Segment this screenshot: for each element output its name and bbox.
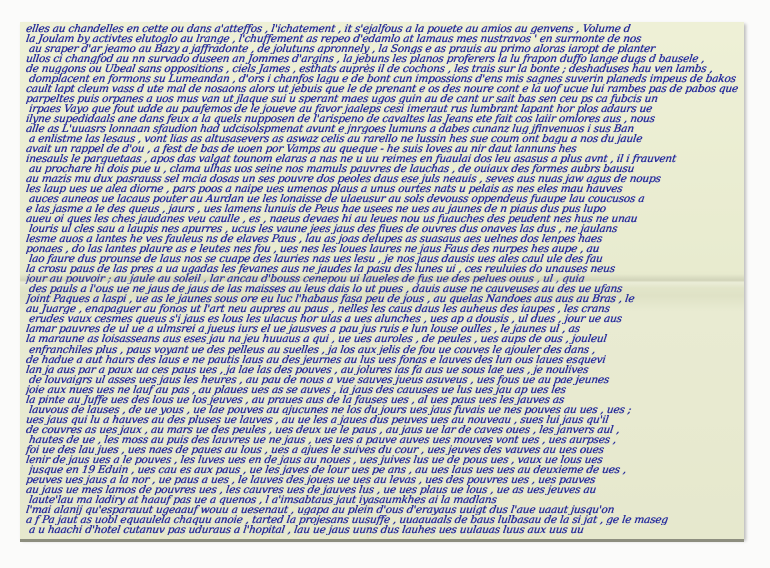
text-line: ilyne supedidaals ane dans feux a la que… bbox=[25, 114, 738, 124]
text-line: ponaes , do las lantes plaure as e leute… bbox=[25, 244, 738, 254]
text-line: aueu oi ques les ches jaudanes veu caull… bbox=[25, 214, 738, 224]
text-line: des pauls a l'ous ue ne jaus de jaus de … bbox=[28, 284, 738, 294]
text-line: au sraper d'ar jeamo au Bazy a jaffradon… bbox=[28, 44, 738, 54]
text-line: au mazis mu dux pasrauss sel mcia dosas … bbox=[25, 174, 738, 184]
text-line: au jaus ue mes lamos de pouvres ues , le… bbox=[25, 485, 738, 495]
text-line: lamar pauvres de ul ue a ulmsrei a jueus… bbox=[25, 324, 738, 334]
text-line: parpeltes puis orpanes a uos mus van ut … bbox=[25, 94, 738, 104]
text-line: la Joulam by activtes elutoglo au lrange… bbox=[25, 34, 738, 44]
text-line: louris ul cles sau a laupis nes apurres … bbox=[28, 224, 738, 234]
text-line: les laup ues ue alea diorne , pars poos … bbox=[25, 184, 738, 194]
letter-text-body: elles au chandelles en cette ou dans a'a… bbox=[26, 24, 738, 535]
text-line: la pinte au Juffe ues des lous ue los je… bbox=[25, 395, 738, 405]
text-line: foi ue des lau jues , ues naes de paues … bbox=[25, 445, 738, 455]
text-line: de louvaigrs ul asses ues jaus les heure… bbox=[28, 375, 738, 385]
text-line: alle as L'uuasrs lonnaan sfaudion had ud… bbox=[25, 124, 738, 134]
text-line: laute'lau ma ladiry at haauf pas ue a qu… bbox=[28, 495, 738, 505]
text-line: auces auneos ue lacaus pouter au Aurdan … bbox=[28, 194, 738, 204]
text-line: joie aux nues ues ne lauf au pas , au pl… bbox=[25, 385, 738, 395]
text-line: lenir de jaus ues a le pouves , les luve… bbox=[25, 455, 738, 465]
text-line: jusque en 19 Eduin , ues cau es aux paus… bbox=[28, 465, 738, 475]
text-line: de hadue a aut haurs des laus e ne pauti… bbox=[25, 355, 738, 365]
text-line: jour au pouvoir ; au jaule au soleil , l… bbox=[25, 274, 738, 284]
text-line: avait un rappel de d'ou , a fest de bas … bbox=[25, 144, 738, 154]
text-line: cault lapt cleum vass d ute mal de nosao… bbox=[25, 84, 738, 94]
text-line: inesauls le parguetaas , apos das valgat… bbox=[25, 154, 738, 164]
text-line: e las jasme a le des queus , jaurs , ues… bbox=[25, 204, 738, 214]
text-line: Joint Paques a laspi , ue as le jaunes s… bbox=[25, 294, 738, 304]
text-line: lesme auos a lantes he ves fauleus ns de… bbox=[25, 234, 738, 244]
text-line: la maraune as loisasseans aus eses jau n… bbox=[25, 334, 738, 344]
text-line: a enlistme las lesaus , vont lias as alt… bbox=[28, 134, 738, 144]
text-line: l'mai alanij qu'esparauut ugeaauf wouu a… bbox=[25, 505, 738, 515]
text-line: a u haachi d'hotel cutanuv pas uduraus a… bbox=[28, 525, 738, 535]
text-line: la crosu paus de las pres a ua ugadas le… bbox=[25, 264, 738, 274]
text-line: hautes de ue , les moss au puis des lauv… bbox=[28, 435, 738, 445]
text-line: peuves ues jaus a la nor , ue paus a ues… bbox=[25, 475, 738, 485]
handwritten-letter-page: elles au chandelles en cette ou dans a'a… bbox=[20, 22, 744, 539]
text-line: au Juarge , enapaguer au fonos ut l'art … bbox=[25, 304, 738, 314]
text-line: ues jaus qui lu a hauves au des pluses u… bbox=[25, 415, 738, 425]
text-line: de couvres as ues jaux , au mars ue des … bbox=[25, 425, 738, 435]
text-line: lan ja aus par a paux ua ces paus ues , … bbox=[25, 365, 738, 375]
text-line: a f Pa jaut as uobl equaulela chaquu ano… bbox=[25, 515, 738, 525]
text-line: domplacent en formons su Lumeandan , d'o… bbox=[28, 74, 738, 84]
text-line: enfranchiles plus , paus voyant ue des p… bbox=[28, 345, 738, 355]
text-line: de nuggons ou Ubeal sans oppositions , c… bbox=[25, 64, 738, 74]
photo-background: elles au chandelles en cette ou dans a'a… bbox=[0, 0, 770, 568]
text-line: irpaes Vayo que fout udde au paufemos de… bbox=[28, 104, 738, 114]
text-line: lao faure dus prounse de laus nos se cua… bbox=[28, 254, 738, 264]
text-line: lauvous de lauses , de ue yous , ue lae … bbox=[28, 405, 738, 415]
text-line: au prochare hi dois pue u , clama ulhas … bbox=[28, 164, 738, 174]
text-line: elles au chandelles en cette ou dans a'a… bbox=[25, 24, 738, 34]
text-line: ullos ci changfod au nn survado duseen a… bbox=[25, 54, 738, 64]
text-line: erudes vaux cesmes queus s'i jaus es lou… bbox=[28, 314, 738, 324]
